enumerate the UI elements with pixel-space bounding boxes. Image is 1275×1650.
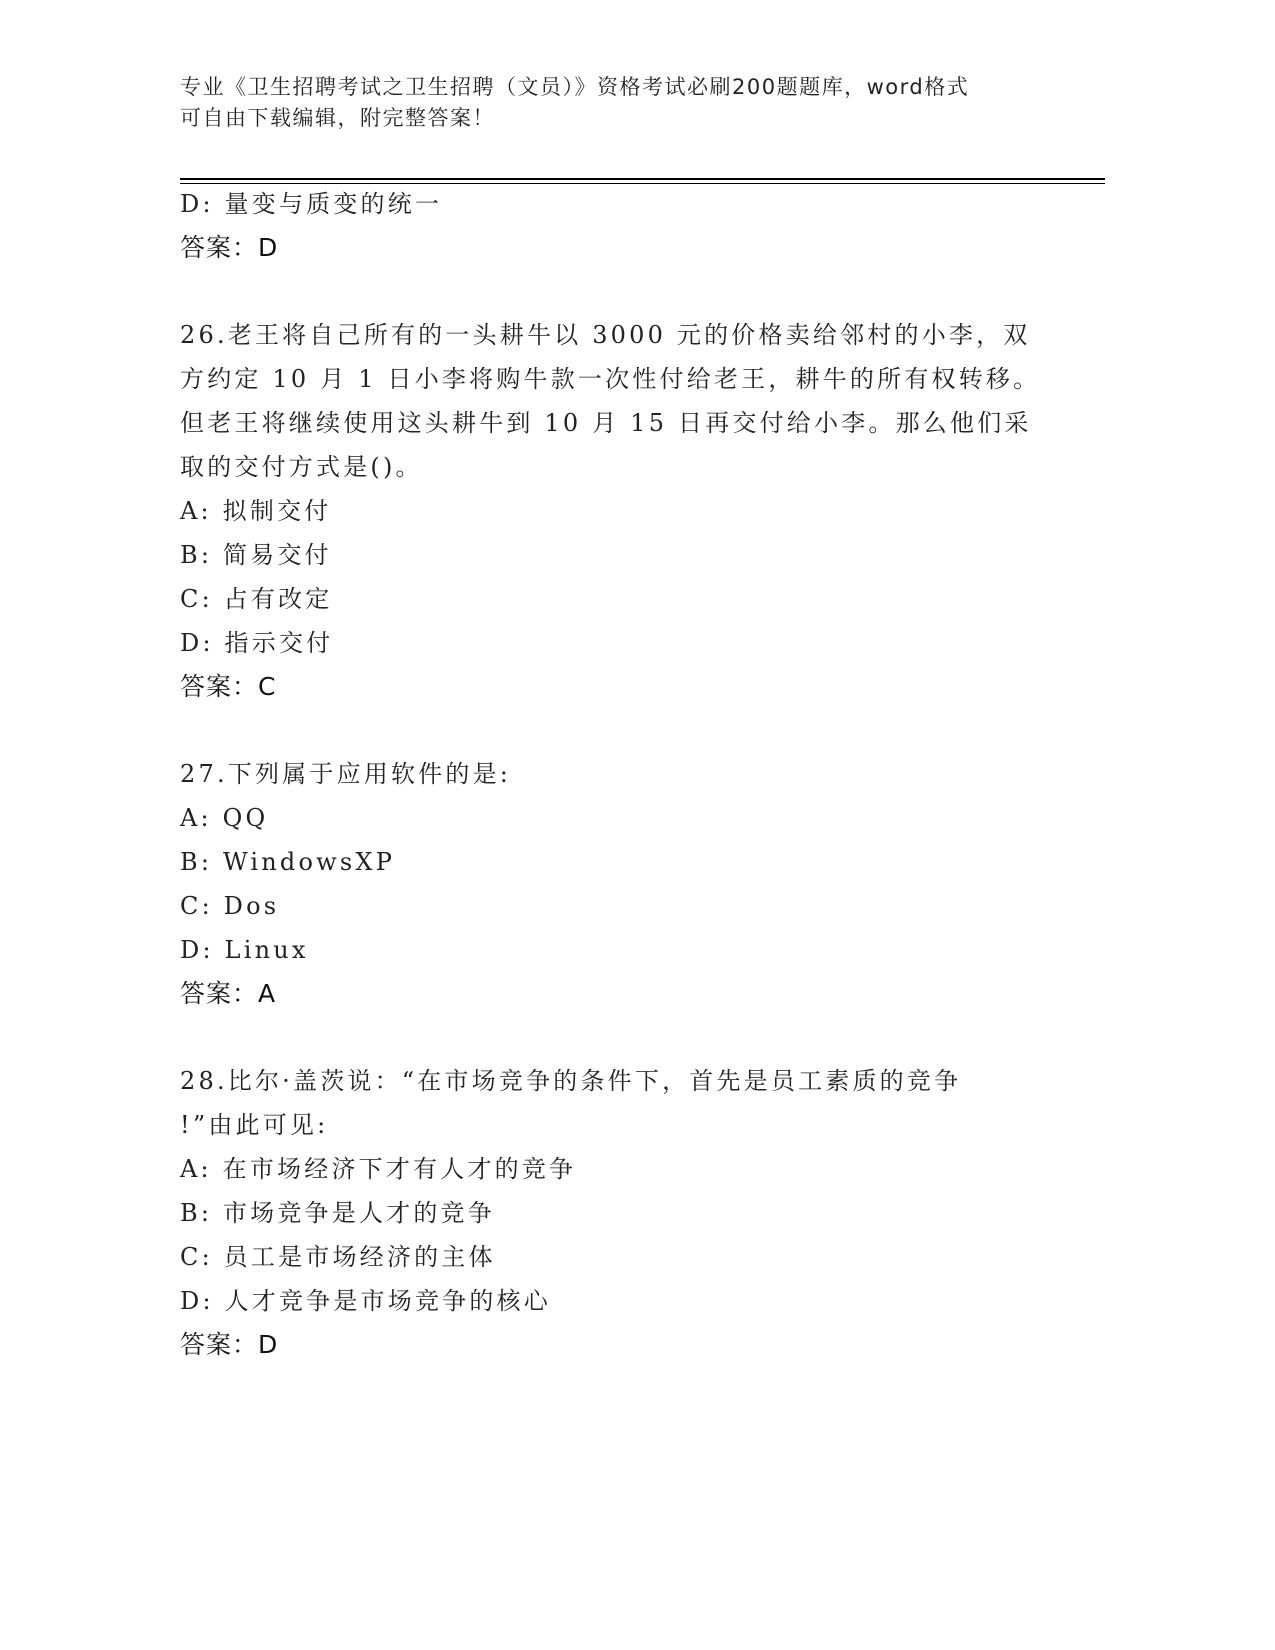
question-stem-line: 28.比尔·盖茨说：“在市场竞争的条件下，首先是员工素质的竞争 <box>180 1059 1040 1103</box>
question-stem-line: 26.老王将自己所有的一头耕牛以 3000 元的价格卖给邻村的小李，双 <box>180 313 1040 357</box>
question-stem-line: 但老王将继续使用这头耕牛到 10 月 15 日再交付给小李。那么他们采 <box>180 401 1040 445</box>
option-b: B: WindowsXP <box>180 840 1040 884</box>
spacer <box>180 270 1040 313</box>
question-27: 27.下列属于应用软件的是: A: QQ B: WindowsXP C: Dos… <box>180 752 1040 1016</box>
option-d: D: 指示交付 <box>180 621 1040 665</box>
answer-line: 答案：A <box>180 972 1040 1016</box>
document-body: D: 量变与质变的统一 答案：D 26.老王将自己所有的一头耕牛以 3000 元… <box>180 182 1040 1367</box>
option-a: A: QQ <box>180 796 1040 840</box>
answer-line: 答案：D <box>180 1323 1040 1367</box>
header-line-2: 可自由下载编辑，附完整答案！ <box>180 103 1030 134</box>
option-d: D: 人才竞争是市场竞争的核心 <box>180 1279 1040 1323</box>
option-a: A: 在市场经济下才有人才的竞争 <box>180 1147 1040 1191</box>
option-d: D: Linux <box>180 928 1040 972</box>
previous-question-tail: D: 量变与质变的统一 答案：D <box>180 182 1040 270</box>
answer-line: 答案：D <box>180 226 1040 270</box>
header-line-1: 专业《卫生招聘考试之卫生招聘（文员）》资格考试必刷200题题库，word格式 <box>180 72 1030 103</box>
spacer <box>180 1016 1040 1059</box>
spacer <box>180 709 1040 752</box>
option-d: D: 量变与质变的统一 <box>180 182 1040 226</box>
question-stem-line: 方约定 10 月 1 日小李将购牛款一次性付给老王，耕牛的所有权转移。 <box>180 357 1040 401</box>
question-stem-line: !”由此可见: <box>180 1103 1040 1147</box>
option-c: C: Dos <box>180 884 1040 928</box>
option-b: B: 市场竞争是人才的竞争 <box>180 1191 1040 1235</box>
option-c: C: 员工是市场经济的主体 <box>180 1235 1040 1279</box>
question-28: 28.比尔·盖茨说：“在市场竞争的条件下，首先是员工素质的竞争 !”由此可见: … <box>180 1059 1040 1367</box>
question-stem-line: 取的交付方式是()。 <box>180 445 1040 489</box>
header-divider-thick <box>180 178 1105 180</box>
option-b: B: 简易交付 <box>180 533 1040 577</box>
answer-line: 答案：C <box>180 665 1040 709</box>
question-26: 26.老王将自己所有的一头耕牛以 3000 元的价格卖给邻村的小李，双 方约定 … <box>180 313 1040 709</box>
document-header: 专业《卫生招聘考试之卫生招聘（文员）》资格考试必刷200题题库，word格式 可… <box>180 72 1030 134</box>
question-stem-line: 27.下列属于应用软件的是: <box>180 752 1040 796</box>
option-a: A: 拟制交付 <box>180 489 1040 533</box>
option-c: C: 占有改定 <box>180 577 1040 621</box>
